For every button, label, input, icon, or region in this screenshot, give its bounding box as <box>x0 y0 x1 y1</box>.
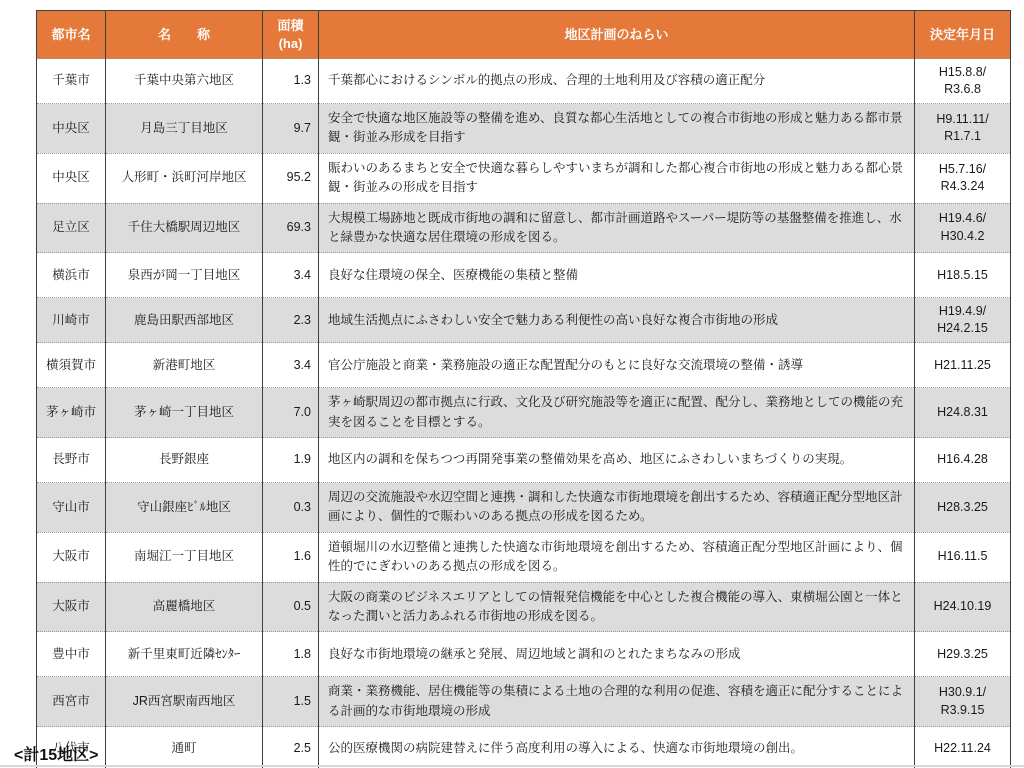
cell-name: 千葉中央第六地区 <box>106 59 263 104</box>
cell-date: H29.3.25 <box>915 632 1011 677</box>
cell-name: 南堀江一丁目地区 <box>106 532 263 582</box>
cell-date: H16.11.5 <box>915 532 1011 582</box>
table-row: 豊中市新千里東町近隣ｾﾝﾀｰ1.8良好な市街地環境の継承と発展、周辺地域と調和の… <box>37 632 1011 677</box>
cell-area: 95.2 <box>263 153 319 203</box>
cell-city: 茅ヶ崎市 <box>37 388 106 438</box>
cell-area: 0.5 <box>263 582 319 632</box>
table-row: 守山市守山銀座ﾋﾞﾙ地区0.3周辺の交流施設や水辺空間と連携・調和した快適な市街… <box>37 483 1011 533</box>
cell-name: JR西宮駅南西地区 <box>106 677 263 727</box>
table-row: 長野市長野銀座1.9地区内の調和を保ちつつ再開発事業の整備効果を高め、地区にふさ… <box>37 438 1011 483</box>
cell-name: 新千里東町近隣ｾﾝﾀｰ <box>106 632 263 677</box>
cell-aim: 安全で快適な地区施設等の整備を進め、良質な都心生活地としての複合市街地の形成と魅… <box>319 104 915 154</box>
cell-aim: 千葉都心におけるシンボル的拠点の形成、合理的土地利用及び容積の適正配分 <box>319 59 915 104</box>
cell-aim: 商業・業務機能、居住機能等の集積による土地の合理的な利用の促進、容積を適正に配分… <box>319 677 915 727</box>
cell-aim: 大阪の商業のビジネスエリアとしての情報発信機能を中心とした複合機能の導入、東横堀… <box>319 582 915 632</box>
cell-name: 人形町・浜町河岸地区 <box>106 153 263 203</box>
cell-date: H19.4.9/ H24.2.15 <box>915 298 1011 343</box>
cell-date: H24.10.19 <box>915 582 1011 632</box>
cell-city: 守山市 <box>37 483 106 533</box>
cell-city: 長野市 <box>37 438 106 483</box>
header-aim: 地区計画のねらい <box>319 11 915 59</box>
cell-name: 千住大橋駅周辺地区 <box>106 203 263 253</box>
cell-date: H28.3.25 <box>915 483 1011 533</box>
cell-area: 2.3 <box>263 298 319 343</box>
header-city: 都市名 <box>37 11 106 59</box>
cell-aim: 官公庁施設と商業・業務施設の適正な配置配分のもとに良好な交流環境の整備・誘導 <box>319 343 915 388</box>
table-row: 横須賀市新港町地区3.4官公庁施設と商業・業務施設の適正な配置配分のもとに良好な… <box>37 343 1011 388</box>
cell-city: 大阪市 <box>37 582 106 632</box>
cell-aim: 道頓堀川の水辺整備と連携した快適な市街地環境を創出するため、容積適正配分型地区計… <box>319 532 915 582</box>
cell-area: 3.4 <box>263 343 319 388</box>
page: 都市名 名 称 面積 (ha) 地区計画のねらい 決定年月日 千葉市千葉中央第六… <box>0 0 1024 768</box>
cell-area: 1.8 <box>263 632 319 677</box>
cell-city: 千葉市 <box>37 59 106 104</box>
cell-aim: 茅ヶ崎駅周辺の都市拠点に行政、文化及び研究施設等を適正に配置、配分し、業務地とし… <box>319 388 915 438</box>
cell-area: 69.3 <box>263 203 319 253</box>
cell-date: H24.8.31 <box>915 388 1011 438</box>
table-row: 千葉市千葉中央第六地区1.3千葉都心におけるシンボル的拠点の形成、合理的土地利用… <box>37 59 1011 104</box>
cell-city: 横浜市 <box>37 253 106 298</box>
header-date: 決定年月日 <box>915 11 1011 59</box>
cell-date: H19.4.6/ H30.4.2 <box>915 203 1011 253</box>
cell-date: H18.5.15 <box>915 253 1011 298</box>
table-row: 足立区千住大橋駅周辺地区69.3大規模工場跡地と既成市街地の調和に留意し、都市計… <box>37 203 1011 253</box>
cell-city: 豊中市 <box>37 632 106 677</box>
table-row: 茅ヶ崎市茅ヶ崎一丁目地区7.0茅ヶ崎駅周辺の都市拠点に行政、文化及び研究施設等を… <box>37 388 1011 438</box>
cell-city: 足立区 <box>37 203 106 253</box>
cell-name: 長野銀座 <box>106 438 263 483</box>
cell-date: H5.7.16/ R4.3.24 <box>915 153 1011 203</box>
cell-city: 中央区 <box>37 153 106 203</box>
cell-aim: 良好な住環境の保全、医療機能の集積と整備 <box>319 253 915 298</box>
cell-aim: 地区内の調和を保ちつつ再開発事業の整備効果を高め、地区にふさわしいまちづくりの実… <box>319 438 915 483</box>
cell-date: H21.11.25 <box>915 343 1011 388</box>
cell-area: 7.0 <box>263 388 319 438</box>
cell-date: H16.4.28 <box>915 438 1011 483</box>
table-row: 西宮市JR西宮駅南西地区1.5商業・業務機能、居住機能等の集積による土地の合理的… <box>37 677 1011 727</box>
table-row: 川崎市鹿島田駅西部地区2.3地域生活拠点にふさわしい安全で魅力ある利便性の高い良… <box>37 298 1011 343</box>
header-area: 面積 (ha) <box>263 11 319 59</box>
cell-aim: 大規模工場跡地と既成市街地の調和に留意し、都市計画道路やスーパー堤防等の基盤整備… <box>319 203 915 253</box>
cell-city: 川崎市 <box>37 298 106 343</box>
cell-name: 泉西が岡一丁目地区 <box>106 253 263 298</box>
bottom-rule <box>0 765 1024 767</box>
table-row: 大阪市高麗橋地区0.5大阪の商業のビジネスエリアとしての情報発信機能を中心とした… <box>37 582 1011 632</box>
cell-city: 中央区 <box>37 104 106 154</box>
cell-area: 2.5 <box>263 727 319 768</box>
cell-name: 茅ヶ崎一丁目地区 <box>106 388 263 438</box>
cell-date: H30.9.1/ R3.9.15 <box>915 677 1011 727</box>
cell-name: 守山銀座ﾋﾞﾙ地区 <box>106 483 263 533</box>
cell-city: 西宮市 <box>37 677 106 727</box>
cell-area: 1.5 <box>263 677 319 727</box>
cell-date: H15.8.8/ R3.6.8 <box>915 59 1011 104</box>
cell-area: 1.9 <box>263 438 319 483</box>
cell-date: H9.11.11/ R1.7.1 <box>915 104 1011 154</box>
table-header: 都市名 名 称 面積 (ha) 地区計画のねらい 決定年月日 <box>37 11 1011 59</box>
cell-aim: 良好な市街地環境の継承と発展、周辺地域と調和のとれたまちなみの形成 <box>319 632 915 677</box>
cell-name: 鹿島田駅西部地区 <box>106 298 263 343</box>
cell-date: H22.11.24 <box>915 727 1011 768</box>
cell-name: 新港町地区 <box>106 343 263 388</box>
table-body: 千葉市千葉中央第六地区1.3千葉都心におけるシンボル的拠点の形成、合理的土地利用… <box>37 59 1011 768</box>
cell-city: 大阪市 <box>37 532 106 582</box>
cell-area: 0.3 <box>263 483 319 533</box>
header-row: 都市名 名 称 面積 (ha) 地区計画のねらい 決定年月日 <box>37 11 1011 59</box>
cell-area: 9.7 <box>263 104 319 154</box>
table-row: 横浜市泉西が岡一丁目地区3.4良好な住環境の保全、医療機能の集積と整備H18.5… <box>37 253 1011 298</box>
cell-area: 1.3 <box>263 59 319 104</box>
cell-name: 月島三丁目地区 <box>106 104 263 154</box>
cell-aim: 公的医療機関の病院建替えに伴う高度利用の導入による、快適な市街地環境の創出。 <box>319 727 915 768</box>
table-row: 大阪市南堀江一丁目地区1.6道頓堀川の水辺整備と連携した快適な市街地環境を創出す… <box>37 532 1011 582</box>
cell-aim: 地域生活拠点にふさわしい安全で魅力ある利便性の高い良好な複合市街地の形成 <box>319 298 915 343</box>
cell-area: 3.4 <box>263 253 319 298</box>
table-row: 中央区人形町・浜町河岸地区95.2賑わいのあるまちと安全で快適な暮らしやすいまち… <box>37 153 1011 203</box>
header-name: 名 称 <box>106 11 263 59</box>
district-plan-table: 都市名 名 称 面積 (ha) 地区計画のねらい 決定年月日 千葉市千葉中央第六… <box>36 10 1011 768</box>
table-row: 八代市通町2.5公的医療機関の病院建替えに伴う高度利用の導入による、快適な市街地… <box>37 727 1011 768</box>
cell-aim: 周辺の交流施設や水辺空間と連携・調和した快適な市街地環境を創出するため、容積適正… <box>319 483 915 533</box>
cell-area: 1.6 <box>263 532 319 582</box>
cell-name: 高麗橋地区 <box>106 582 263 632</box>
cell-city: 横須賀市 <box>37 343 106 388</box>
total-districts-note: <計15地区> <box>14 742 99 765</box>
table-row: 中央区月島三丁目地区9.7安全で快適な地区施設等の整備を進め、良質な都心生活地と… <box>37 104 1011 154</box>
cell-aim: 賑わいのあるまちと安全で快適な暮らしやすいまちが調和した都心複合市街地の形成と魅… <box>319 153 915 203</box>
cell-name: 通町 <box>106 727 263 768</box>
